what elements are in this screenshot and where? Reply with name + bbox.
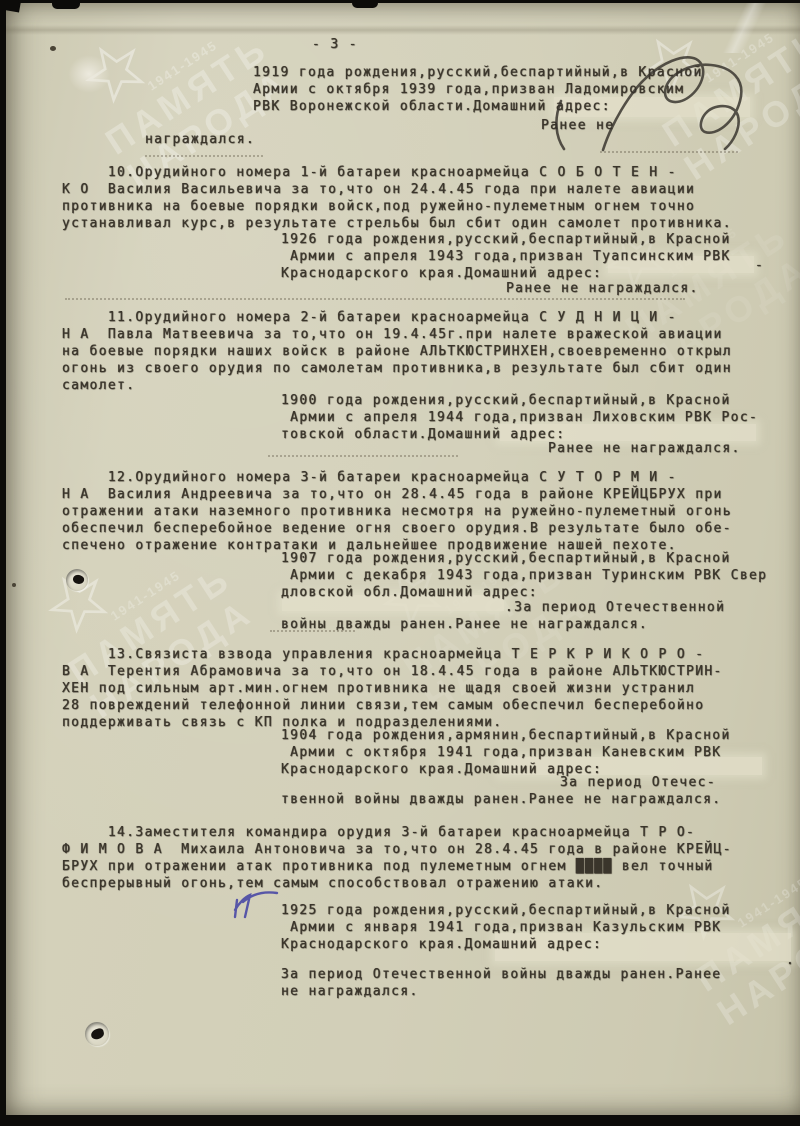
paper-chip (68, 55, 110, 93)
watermark-years: 1941-1945 (90, 3, 274, 129)
scan-edge-blob (6, 3, 21, 12)
hole-punch (85, 1022, 109, 1046)
hole-punch (66, 569, 88, 591)
paper-crease (666, 3, 800, 53)
item14-dot: . (786, 952, 795, 969)
scan-noise-dots (145, 155, 263, 157)
item10-note-text: Ранее не награждался. (506, 280, 699, 297)
intro-note-left: награждался. (145, 131, 255, 148)
item11-note-text: Ранее не награждался. (548, 440, 741, 457)
document-page: 1941-1945 ПАМЯТЬ НАРОДА 1941-1945 ПАМЯТЬ… (6, 3, 800, 1115)
paper-crease (6, 25, 800, 35)
scanned-document: 1941-1945 ПАМЯТЬ НАРОДА 1941-1945 ПАМЯТЬ… (0, 0, 800, 1126)
item10-bio-text: 1926 года рождения,русский,беспартийный,… (281, 231, 731, 282)
hole-punch-chad (72, 573, 86, 585)
item12-bio-text: 1907 года рождения,русский,беспартийный,… (281, 550, 767, 601)
item13-body-text: 13.Связиста взвода управления красноарме… (62, 646, 723, 731)
item10-dash: - (755, 257, 764, 274)
hole-punch-chad (90, 1027, 105, 1040)
item14-body-text: 14.Заместителя командира орудия 3-й бата… (62, 824, 732, 892)
page-number: - 3 - (312, 36, 358, 53)
item14-note-text: За период Отечественной войны дважды ран… (281, 966, 721, 1000)
scan-edge-blob (52, 3, 80, 9)
item11-body-text: 11.Орудийного номера 2-й батареи красноа… (62, 309, 732, 394)
item13-bio-text: 1904 года рождения,армянин,беспартийный,… (281, 727, 731, 778)
item11-bio-text: 1900 года рождения,русский,беспартийный,… (281, 392, 758, 443)
scan-noise-dots (600, 151, 738, 153)
paper-speck (12, 583, 16, 587)
item12-note-right: .За период Отечественной (505, 599, 725, 616)
item12-body-text: 12.Орудийного номера 3-й батареи красноа… (62, 469, 732, 554)
scan-noise-dots (268, 455, 458, 457)
item14-bio-text: 1925 года рождения,русский,беспартийный,… (281, 902, 731, 953)
intro-bio-text: 1919 года рождения,русский,беспартийный,… (253, 64, 703, 115)
item10-body-text: 10.Орудийного номера 1-й батареи красноа… (62, 164, 732, 232)
scan-edge-blob (352, 3, 378, 8)
item12-note-left: войны дважды ранен.Ранее не награждался. (281, 616, 648, 633)
paper-speck (50, 46, 56, 51)
item13-note-right: За период Отечес- (560, 774, 716, 791)
scan-noise-dots (65, 298, 685, 300)
item13-note-left: твенной войны дважды ранен.Ранее не нагр… (281, 791, 721, 808)
intro-note-right: Ранее не (541, 117, 614, 134)
